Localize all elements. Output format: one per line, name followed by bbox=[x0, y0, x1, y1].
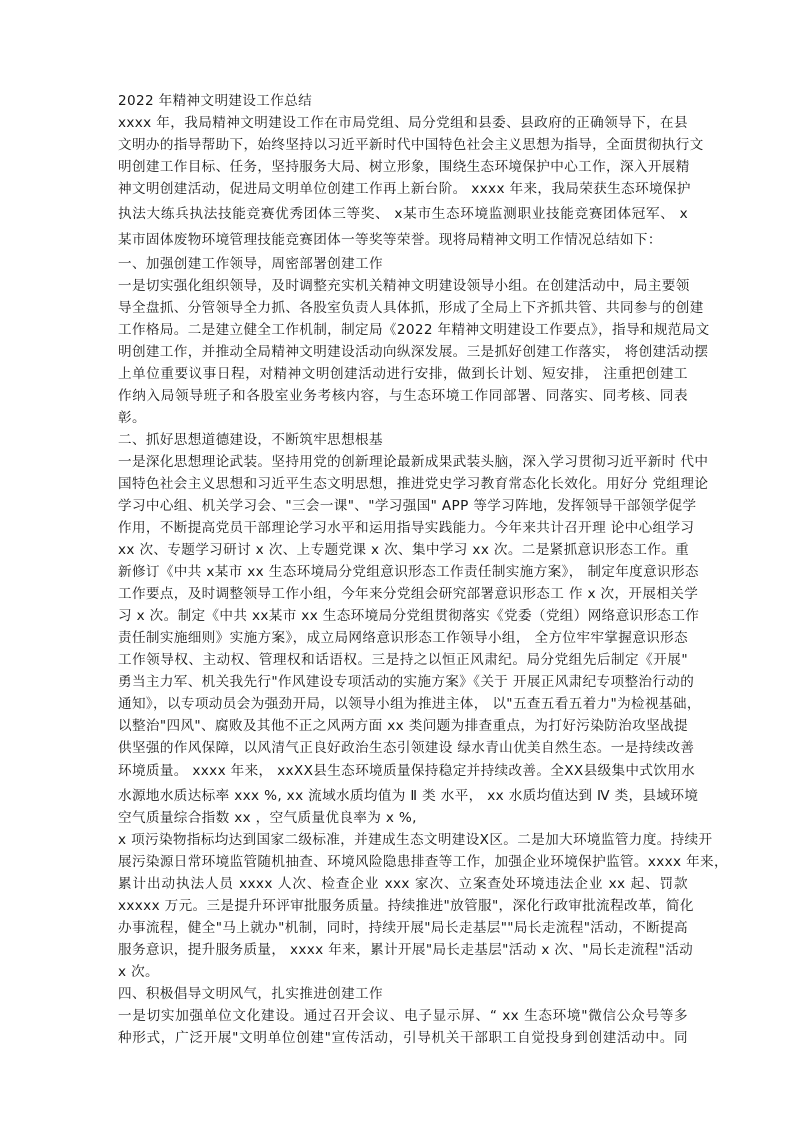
body-text-line: 执法大练兵执法技能竞赛优秀团体三等奖、 x某市生态环境监测职业技能竞赛团体冠军、… bbox=[118, 205, 688, 223]
body-text-line: xx 次、专题学习研讨 x 次、上专题党课 x 次、集中学习 xx 次。二是紧抓… bbox=[118, 541, 688, 559]
body-text-line: 办事流程，健全"马上就办"机制，同时，持续开展"局长走基层""局长走流程"活动，… bbox=[118, 919, 688, 937]
body-text-line: 作纳入局领导班子和各股室业务考核内容，与生态环境工作同部署、同落实、同考核、同表 bbox=[118, 387, 688, 405]
body-text-line: 空气质量综合指数 xx ，空气质量优良率为 x %, bbox=[118, 809, 688, 827]
body-text-line: 明创建工作，并推动全局精神文明建设活动向纵深发展。三是抓好创建工作落实， 将创建… bbox=[118, 343, 688, 361]
body-text-line: 彰。 bbox=[118, 409, 688, 427]
body-text-line: 一、加强创建工作领导，周密部署创建工作 bbox=[118, 255, 688, 273]
body-text-line: 工作领导权、主动权、管理权和话语权。三是持之以恒正风肃纪。局分党组先后制定《开展… bbox=[118, 651, 688, 669]
body-text-line: 国特色社会主义思想和习近平生态文明思想，推进党史学习教育常态化长效化。用好分 党… bbox=[118, 475, 688, 493]
body-text-line: 工作格局。二是建立健全工作机制，制定局《2022 年精神文明建设工作要点》，指导… bbox=[118, 321, 688, 339]
document-page: 2022 年精神文明建设工作总结 xxxx 年，我局精神文明建设工作在市局党组、… bbox=[0, 0, 794, 1122]
body-text-line: 水源地水质达标率 xxx %, xx 流域水质均值为 Ⅱ 类 水平， xx 水质… bbox=[118, 787, 688, 805]
body-text-line: 环境质量。 xxxx 年来， xxXX县生态环境质量保持稳定并持续改善。全XX县… bbox=[118, 762, 688, 780]
body-text-line: 学习中心组、机关学习会、"三会一课"、"学习强国" APP 等学习阵地，发挥领导… bbox=[118, 497, 688, 515]
body-text-line: xxxx 年，我局精神文明建设工作在市局党组、局分党组和县委、县政府的正确领导下… bbox=[118, 114, 688, 132]
body-text-line: 展污染源日常环境监管随机抽查、环境风险隐患排查等工作，加强企业环境保护监管。xx… bbox=[118, 853, 688, 871]
body-text-line: 通知》，以专项动员会为强劲开局，以领导小组为推进主体， 以"五查五看五着力"为检… bbox=[118, 695, 688, 713]
body-text-line: 以整治"四风"、腐败及其他不正之风两方面 xx 类问题为排查重点，为打好污染防治… bbox=[118, 717, 688, 735]
body-text-line: xxxxx 万元。三是提升环评审批服务质量。持续推进"放管服"，深化行政审批流程… bbox=[118, 897, 688, 915]
body-text-line: 一是切实加强单位文化建设。通过召开会议、电子显示屏、“ xx 生态环境"微信公众… bbox=[118, 1007, 688, 1025]
body-text-line: 勇当主力军、机关我先行"作风建设专项活动的实施方案》《关于 开展正风肃纪专项整治… bbox=[118, 673, 688, 691]
body-text-line: 神文明创建活动，促进局文明单位创建工作再上新台阶。 xxxx 年来，我局荣获生态… bbox=[118, 180, 688, 198]
body-text-line: 明创建工作目标、任务，坚持服务大局、树立形象，围绕生态环境保护中心工作，深入开展… bbox=[118, 158, 688, 176]
body-text-line: 上单位重要议事日程，对精神文明创建活动进行安排，做到长计划、短安排， 注重把创建… bbox=[118, 365, 688, 383]
document-title: 2022 年精神文明建设工作总结 bbox=[118, 92, 688, 110]
body-text-line: 种形式，广泛开展"文明单位创建"宣传活动，引导机关干部职工自觉投身到创建活动中。… bbox=[118, 1029, 688, 1047]
body-text-line: 责任制实施细则》实施方案》，成立局网络意识形态工作领导小组， 全方位牢牢掌握意识… bbox=[118, 629, 688, 647]
body-text-line: 某市固体废物环境管理技能竞赛团体一等奖等荣誉。现将局精神文明工作情况总结如下： bbox=[118, 231, 688, 249]
body-text-line: 文明办的指导帮助下，始终坚持以习近平新时代中国特色社会主义思想为指导，全面贯彻执… bbox=[118, 136, 688, 154]
body-text-line: 作用，不断提高党员干部理论学习水平和运用指导实践能力。今年来共计召开理 论中心组… bbox=[118, 519, 688, 537]
body-text-line: 供坚强的作风保障，以风清气正良好政治生态引领建设 绿水青山优美自然生态。一是持续… bbox=[118, 739, 688, 757]
body-text-line: 新修订《中共 x某市 xx 生态环境局分党组意识形态工作责任制实施方案》， 制定… bbox=[118, 563, 688, 581]
body-text-line: 四、积极倡导文明风气，扎实推进创建工作 bbox=[118, 985, 688, 1003]
body-text-line: 一是深化思想理论武装。坚持用党的创新理论最新成果武装头脑，深入学习贯彻习近平新时… bbox=[118, 453, 688, 471]
body-text-line: 导全盘抓、分管领导全力抓、各股室负责人具体抓，形成了全局上下齐抓共管、共同参与的… bbox=[118, 299, 688, 317]
body-text-line: x 次。 bbox=[118, 963, 688, 981]
body-text-line: 一是切实强化组织领导，及时调整充实机关精神文明建设领导小组。在创建活动中，局主要… bbox=[118, 277, 688, 295]
body-text-line: x 项污染物指标均达到国家二级标准，并建成生态文明建设X区。二是加大环境监管力度… bbox=[118, 831, 688, 849]
body-text-line: 工作要点，及时调整领导工作小组，今年来分党组会研究部署意识形态工 作 x 次，开… bbox=[118, 585, 688, 603]
body-text-line: 服务意识，提升服务质量， xxxx 年来，累计开展"局长走基层"活动 x 次、"… bbox=[118, 941, 688, 959]
body-text-line: 习 x 次。制定《中共 xx某市 xx 生态环境局分党组贯彻落实《党委（党组）网… bbox=[118, 607, 688, 625]
body-text-line: 二、抓好思想道德建设，不断筑牢思想根基 bbox=[118, 431, 688, 449]
body-text-line: 累计出动执法人员 xxxx 人次、检查企业 xxx 家次、立案查处环境违法企业 … bbox=[118, 875, 688, 893]
